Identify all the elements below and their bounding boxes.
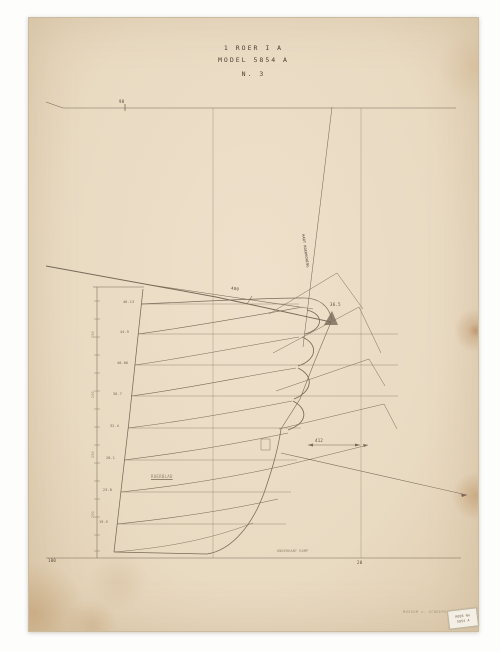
drawing-sheet: 1 ROER I A MODEL 5854 A N. 3 90 480 36.5… (28, 17, 479, 632)
title-line-3: N. 3 (29, 70, 478, 78)
corner-triangle (324, 311, 338, 325)
frame-number-label: 20 (357, 560, 362, 565)
extended-keel-line (281, 453, 467, 495)
waterline-label: 32.4 (110, 424, 119, 428)
trailing-edge-arcs (288, 310, 320, 430)
waterline-label: 44.9 (120, 330, 129, 334)
waterlines (117, 304, 398, 524)
scale-label: 250 (91, 451, 95, 458)
baseline-left-label: 100 (48, 558, 56, 563)
hull-dimension-line (144, 284, 313, 309)
rudder-stock-centerline (303, 107, 332, 347)
width-dimension-label: 412 (315, 438, 323, 443)
catalog-sticker: ROER No 5854 A (447, 607, 479, 630)
top-reference-line (46, 102, 456, 108)
waterline-label: 19.5 (99, 520, 108, 524)
section-curves (114, 307, 303, 552)
scale-label: 250 (91, 391, 95, 398)
corner-dimension-label: 36.5 (330, 302, 341, 307)
photo-of-drawing: 1 ROER I A MODEL 5854 A N. 3 90 480 36.5… (0, 0, 500, 652)
title-line-1: 1 ROER I A (29, 44, 478, 52)
heel-notch (261, 439, 270, 450)
scale-label: 250 (91, 511, 95, 518)
rudder-leading-edge (114, 289, 143, 552)
rudder-bottom-edge (114, 552, 207, 554)
scale-label: 250 (91, 331, 95, 338)
waterline-label: 28.1 (106, 456, 115, 460)
waterline-label: 36.7 (113, 392, 122, 396)
rudder-trailing-upper (281, 322, 331, 429)
center-note: ROERBLAD (151, 474, 173, 479)
sticker-line-2: 5854 A (457, 618, 470, 624)
hull-dimension-label: 480 (231, 285, 240, 291)
hull-line (46, 266, 331, 322)
top-tick-label: 90 (119, 99, 124, 104)
waterline-label: 40.06 (117, 361, 128, 365)
waterline-label: 23.8 (103, 488, 112, 492)
waterline-label: 46.13 (123, 300, 134, 304)
bottom-note: ONDERKANT ROMP (277, 549, 308, 553)
drawing-lines (29, 18, 478, 631)
title-line-2: MODEL 5854 A (29, 56, 478, 64)
